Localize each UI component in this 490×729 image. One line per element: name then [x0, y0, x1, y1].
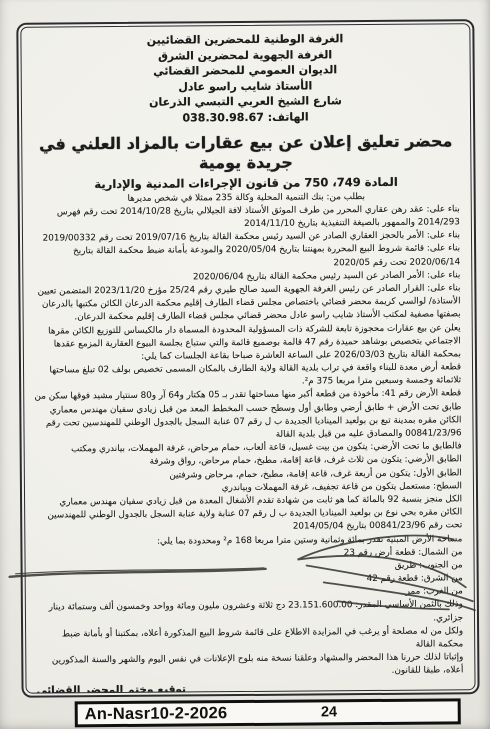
clause-sale-conditions-list: بناء على: قائمة شروط البيع المحررة بمهنت…: [33, 243, 460, 273]
newspaper-name-and-date: An-Nasr10-2-2026: [85, 704, 228, 724]
legal-article-reference: المادة 749، 750 من قانون الإجراءات المدن…: [33, 174, 460, 191]
scanned-notice-page: الغرفة الوطنية للمحضرين القضائيين الغرفة…: [0, 0, 490, 729]
clause-mortgage-deed: بناء على: عقد رهن عقاري المحرر من طرف ال…: [33, 203, 460, 233]
scan-tilt-wrapper: الغرفة الوطنية للمحضرين القضائيين الغرفة…: [0, 0, 490, 729]
notice-body: بطلب من: بنك التنمية المحلية وكالة 235 م…: [33, 190, 464, 681]
base-price-statement: وذلك بالثمن الأساسي المقدر: 23.151.600.0…: [36, 599, 463, 629]
lot-description-parcel-41: قطعة الأرض رقم 41: مأخوذة من قطعة أكبر م…: [34, 388, 461, 444]
completion-certificate: الكل منجز بنسبة 92 بالمائة كما هو ثابت م…: [35, 493, 462, 536]
document-frame: الغرفة الوطنية للمحضرين القضائيين الغرفة…: [16, 19, 479, 698]
letterhead-phone: الهاتف: 038.30.98.67: [32, 108, 459, 127]
notice-title: محضر تعليق إعلان عن بيع عقارات بالمزاد ا…: [32, 131, 459, 174]
lot-description-building-land: قطعة أرض معدة للبناء واقعة في تراب بلدية…: [34, 361, 461, 391]
letterhead: الغرفة الوطنية للمحضرين القضائيين الغرفة…: [31, 30, 459, 127]
attestation-statement: وإثباتا لذلك حررنا هذا المحضر والمشهاد و…: [36, 652, 463, 682]
clause-appointment-decision: بناء على: القرار الصادر عن رئيس الغرفة ا…: [33, 282, 460, 325]
sale-announcement: يعلن عن بيع عقارات محجوزة تابعة للشركة ذ…: [34, 322, 461, 365]
newspaper-credit-bar: An-Nasr10-2-2026 24: [75, 698, 461, 727]
inspection-notice: ولكل من له مصلحة أو يرغب في المزايدة الا…: [36, 625, 463, 655]
document-frame-inner: الغرفة الوطنية للمحضرين القضائيين الغرفة…: [20, 23, 475, 694]
newspaper-page-number: 24: [321, 704, 337, 720]
signature-and-stamp-line: توقيع وختم المحضر القضائي: [37, 681, 464, 694]
